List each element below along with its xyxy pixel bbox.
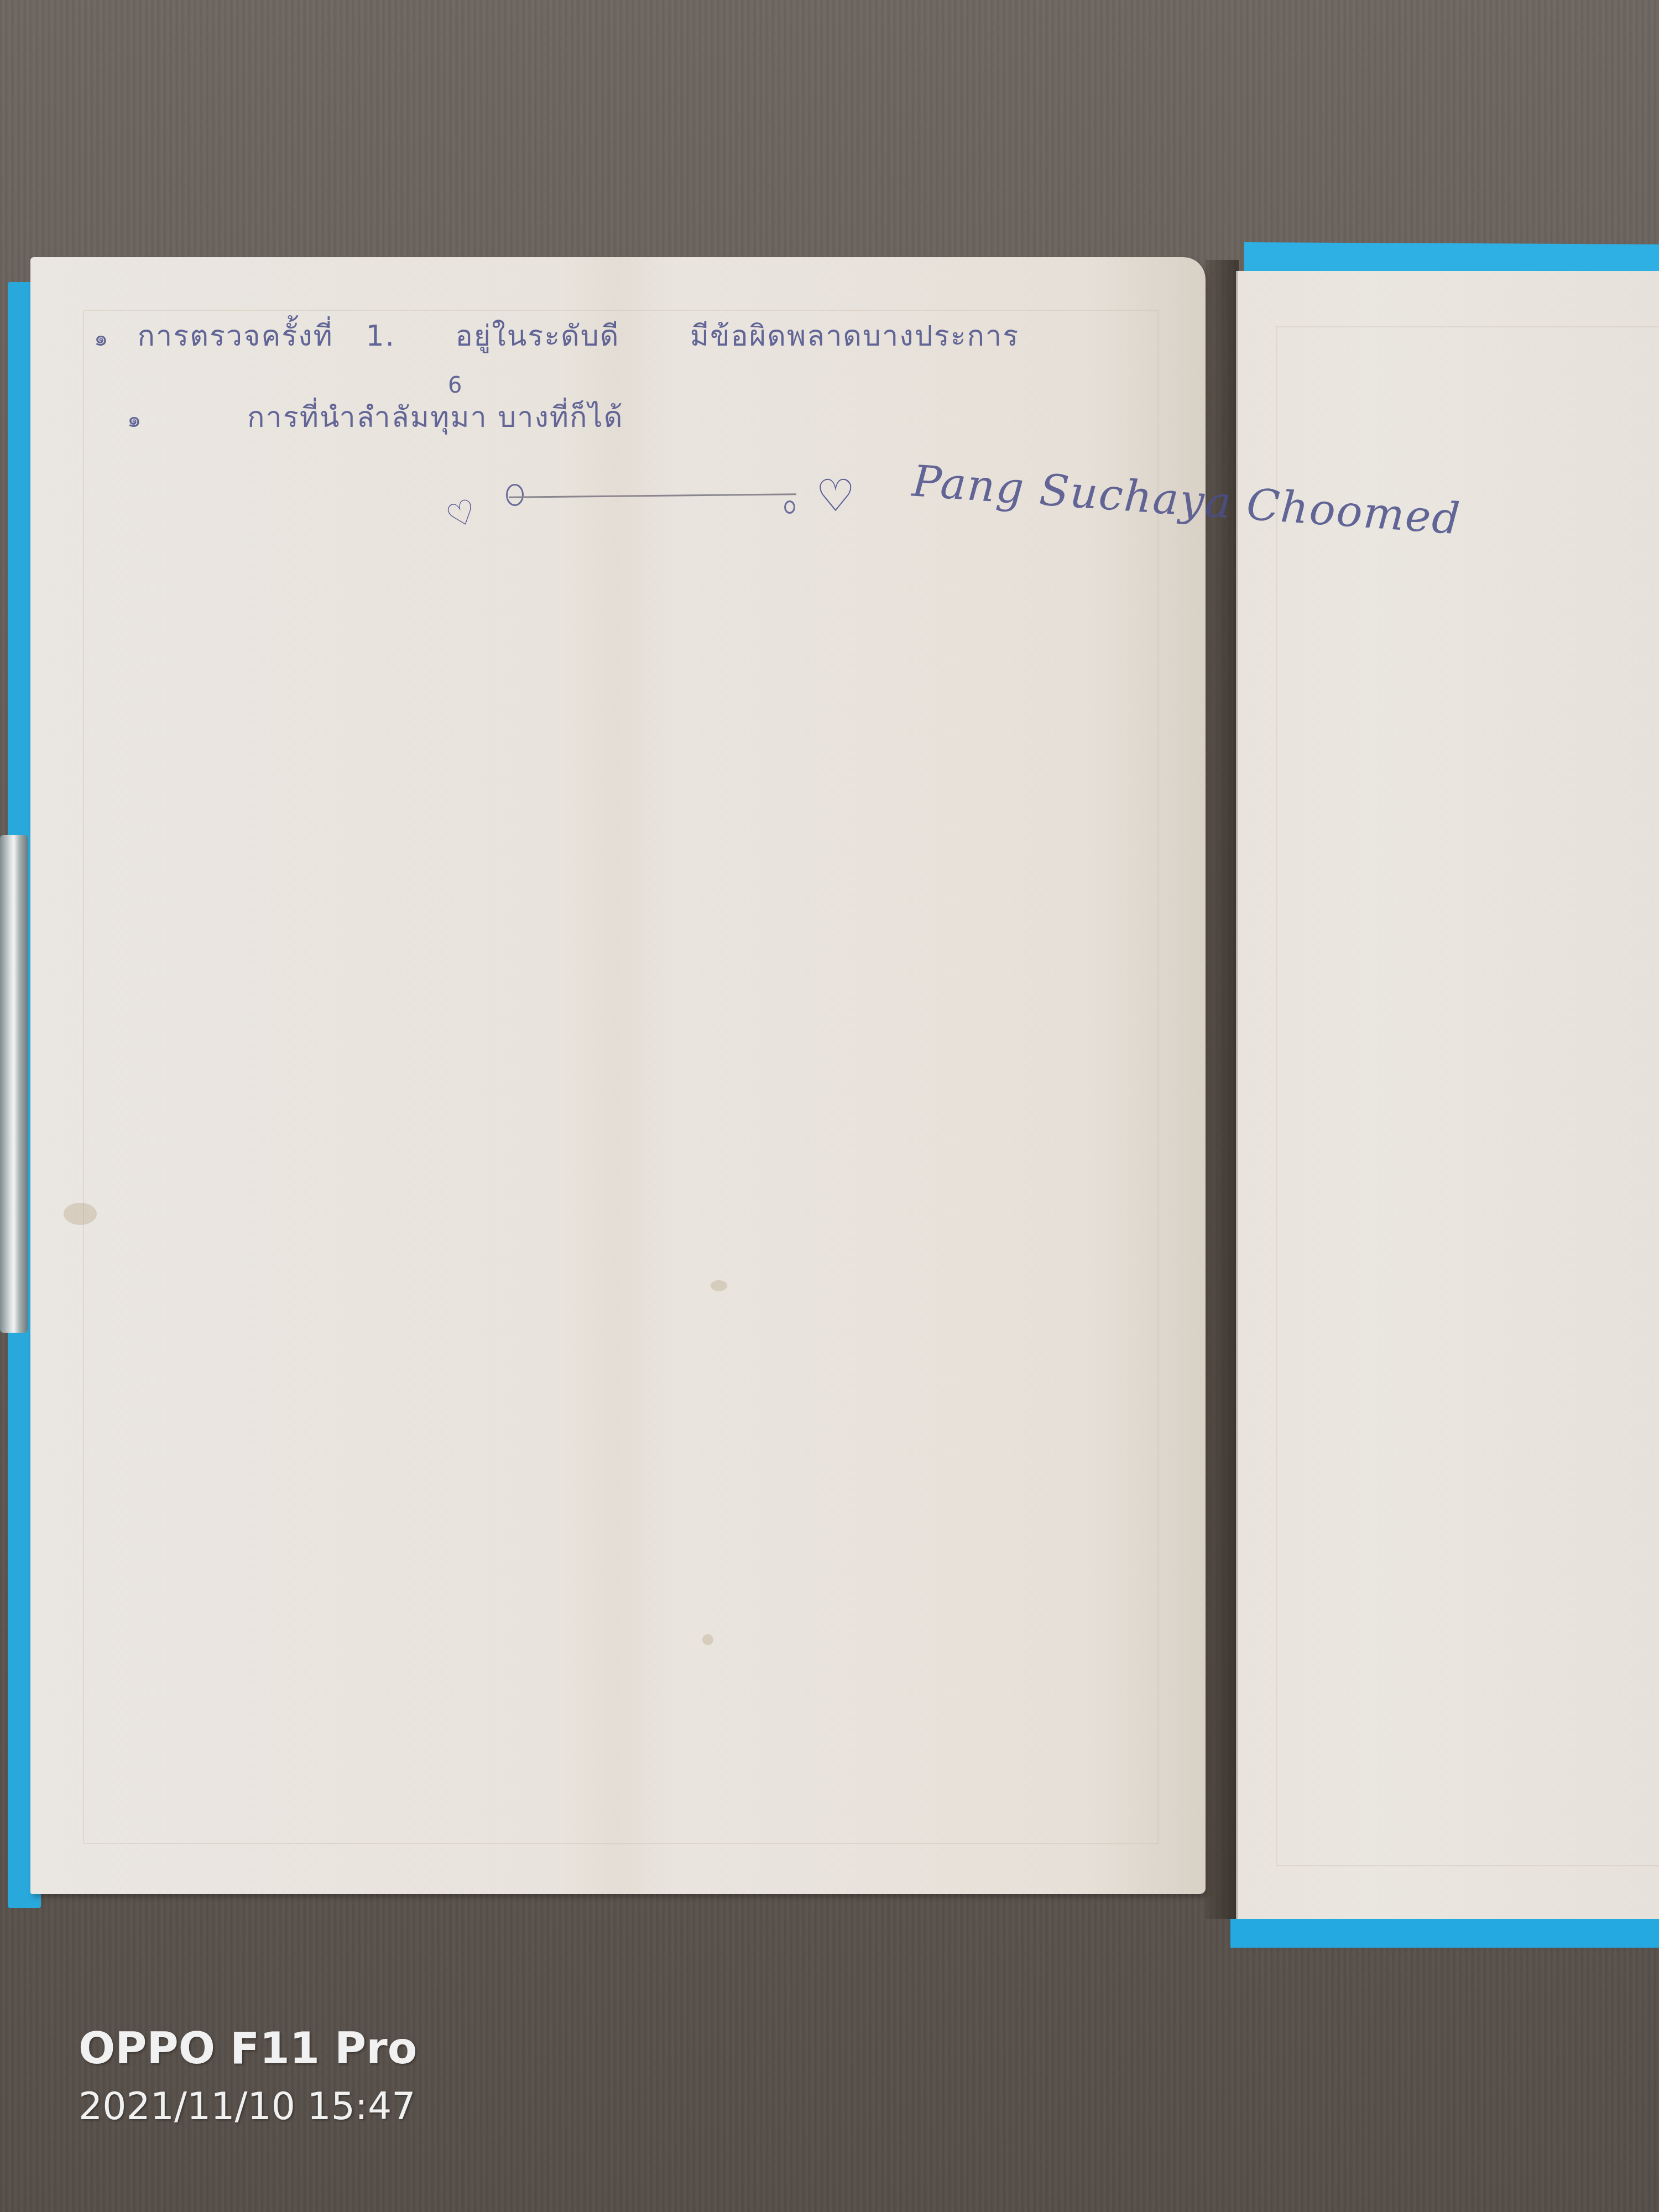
foxing-stain	[702, 1634, 713, 1645]
handwritten-line-1: ๑ การตรวจครั้งที่ 1. อยู่ในระดับดี มีข้อ…	[94, 312, 1019, 358]
page-frame	[83, 310, 1159, 1844]
rating-text: อยู่ในระดับดี	[456, 320, 620, 353]
signature-nickname: Pang	[911, 456, 1026, 514]
camera-model-watermark: OPPO F11 Pro	[79, 2024, 417, 2074]
signature-first-name: Suchaya	[1038, 465, 1234, 528]
metal-binder-clip	[0, 835, 28, 1333]
signature-last-name: Choomed	[1245, 480, 1462, 545]
note-text: การที่นำลำลัมทุมา บางที่ก็ได้	[247, 401, 623, 434]
handwritten-line-2: ๑ การที่นำลำลัมทุมา บางที่ก็ได้ 6	[127, 394, 623, 440]
foxing-stain	[64, 1203, 97, 1225]
page-frame	[1276, 326, 1659, 1866]
bullet-mark: ๑	[94, 320, 127, 356]
inspection-number: 1.	[366, 320, 395, 353]
bullet-mark: ๑	[127, 401, 160, 437]
decor-circle	[784, 500, 795, 514]
foxing-stain	[711, 1280, 727, 1291]
remark-text: มีข้อผิดพลาดบางประการ	[690, 320, 1019, 353]
book-cover-right-bottom-edge	[1230, 1919, 1659, 1948]
decor-circle	[506, 484, 524, 506]
superscript-mark: 6	[448, 373, 463, 398]
heart-doodle-icon: ♡	[816, 470, 855, 521]
book-cover-right-top-edge	[1244, 242, 1659, 275]
inspection-label: การตรวจครั้งที่	[138, 320, 333, 353]
capture-timestamp-watermark: 2021/11/10 15:47	[79, 2085, 416, 2128]
